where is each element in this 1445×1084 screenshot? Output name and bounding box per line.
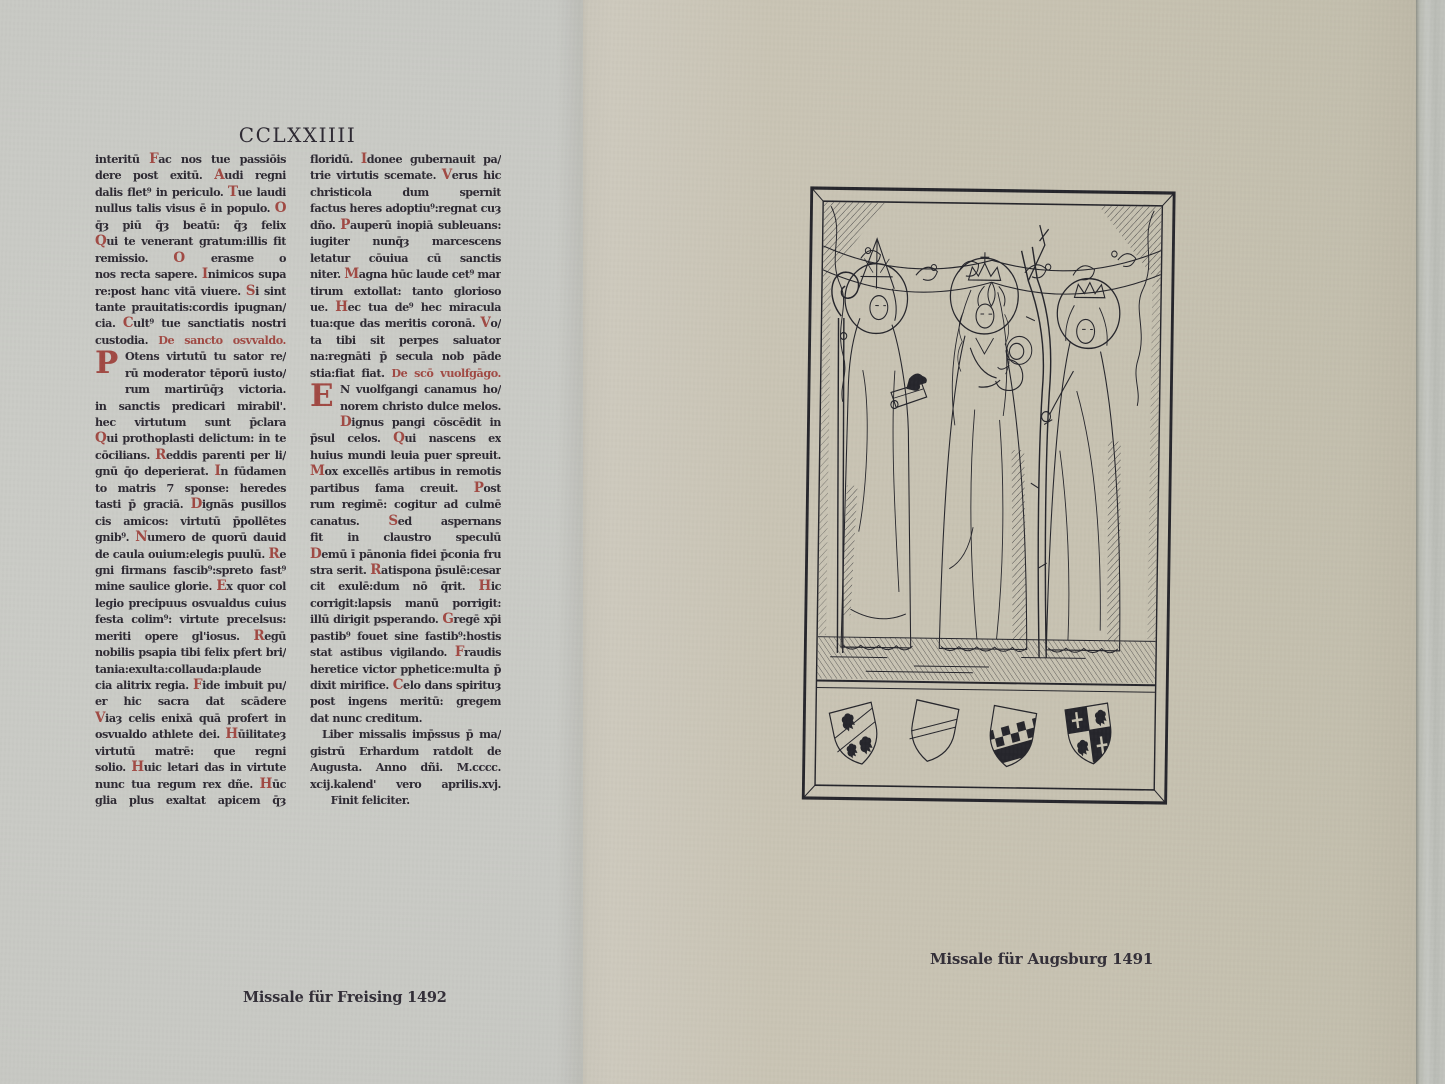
text-line: nunc tua regum rex dñe. Hūc an xyxy=(95,776,286,792)
text-line: in sanctis predicari mirabil'. Tua xyxy=(95,398,286,414)
text-line: remissio. O erasme o preclare:fac xyxy=(95,250,286,266)
text-line: xcij.kalend' vero aprilis.xvj. xyxy=(310,776,501,792)
text-line: fit in claustro speculū monachat⁹. xyxy=(310,529,501,545)
text-line: corrigit:lapsis manū porrigit: de⁹ xyxy=(310,595,501,611)
text-line: cis amicos: virtutū p̄pollētes insi/ xyxy=(95,513,286,529)
text-line: tania:exulta:collauda:plaude sco/ xyxy=(95,661,286,677)
text-line: solio. Huic letari das in virtute xyxy=(95,759,286,775)
book-fore-edge xyxy=(1416,0,1445,1084)
drop-cap-letter: E xyxy=(310,381,336,414)
text-line: canatus. Sed aspernans seculum xyxy=(310,513,501,529)
folio-number: CCLXXIIII xyxy=(95,123,500,147)
text-line: letatur cōuiua cū sanctis perhen/ xyxy=(310,250,501,266)
text-line: glia plus exaltat apicem q̄ȝ mundi xyxy=(95,792,286,808)
text-line: rum regimē: cogitur ad culmē de/ xyxy=(310,496,501,512)
text-line: ta tibi sit perpes saluator interni/ xyxy=(310,332,501,348)
text-line: to matris 7 sponse: heredes adop/ xyxy=(95,480,286,496)
text-line: ue. Hec tua de⁹ hec miracula sūt xyxy=(310,299,501,315)
text-line: dat nunc creditum. xyxy=(310,710,501,726)
text-line: stat astibus vigilando. Fraudis xyxy=(310,644,501,660)
text-line: norem christo dulce melos. xyxy=(340,398,501,414)
shield-plain-bend xyxy=(906,700,959,766)
text-line: Augusta. Anno dñi. M.cccc. xyxy=(310,759,501,775)
text-line: virtutū matrē: que regni proxima xyxy=(95,743,286,759)
text-line: partibus fama creuit. Post scola/ xyxy=(310,480,501,496)
text-line: Finit feliciter. xyxy=(310,792,501,808)
text-line: dño. Pauperū inopiā subleuans: xyxy=(310,217,501,233)
text-line: nullus talis visus ē in populo. O xyxy=(95,200,286,216)
text-line: huius mundi leuia puer spreuit. xyxy=(310,447,501,463)
shield-bend-with-beasts xyxy=(829,702,882,769)
text-line: factus heres adoptiu⁹:regnat cuȝ xyxy=(310,200,501,216)
text-line: N vuolfgangi canamus ho/ xyxy=(340,381,501,397)
right-page: Missale für Augsburg 1491 xyxy=(583,0,1418,1084)
drop-cap-block: EN vuolfgangi canamus ho/norem christo d… xyxy=(310,381,501,414)
text-line: cia. Cult⁹ tue sanctiatis nostri fit xyxy=(95,315,286,331)
text-line: iugiter nunq̄ȝ marcescens dextera xyxy=(310,233,501,249)
text-line: nobilis psapia tibi felix pfert bri/ xyxy=(95,644,286,660)
bishop-figure xyxy=(827,238,929,654)
text-line: interitū Fac nos tue passiōis gau xyxy=(95,151,286,167)
text-line: er hic sacra dat scādere pedagog⁹. xyxy=(95,693,286,709)
text-line: cia alitrix regia. Fide imbuit pu/ xyxy=(95,677,286,693)
ground-strip xyxy=(817,637,1155,684)
text-line: legio precipuus osvualdus cuius xyxy=(95,595,286,611)
text-line: meriti opere gl'iosus. Regū hunc xyxy=(95,628,286,644)
text-line: dalis flet⁹ in periculo. Tue laudi xyxy=(95,184,286,200)
drop-cap-letter: P xyxy=(95,348,121,381)
drop-cap-block: POtens virtutū tu sator re/rū moderator … xyxy=(95,348,286,381)
text-line: Mox excellēs artibus in remotis xyxy=(310,463,501,479)
text-line: hec virtutum sunt p̄clara insignia. xyxy=(95,414,286,430)
text-column-1: interitū Fac nos tue passiōis gaudere po… xyxy=(95,151,286,809)
text-line: dixit mirifice. Celo dans spirituȝ xyxy=(310,677,501,693)
text-line: rum martirūq̄ȝ victoria. Qui tuis xyxy=(125,381,286,397)
text-line: q̄ȝ piū q̄ȝ beatū: q̄ȝ felix promissio. xyxy=(95,217,286,233)
virgin-and-child-figure xyxy=(939,252,1033,652)
text-column-2: floridū. Idonee gubernauit pa/trie virtu… xyxy=(310,151,501,809)
heraldic-shields xyxy=(829,699,1116,779)
text-line: cit exulē:dum nō q̄rit. Hic errata xyxy=(310,578,501,594)
text-line: de caula ouium:elegis puulū. Re xyxy=(95,546,286,562)
text-line: Dignus pangi cōscēdit in die isto xyxy=(340,414,501,430)
text-line: Viaȝ celis enixā quā profert in se xyxy=(95,710,286,726)
text-line: na:regnāti p̄ secula nob pāde cele/ xyxy=(310,348,501,364)
text-line: tante prauitatis:cordis ipugnan/ xyxy=(95,299,286,315)
text-line: Demū ī pānonia fidei p̄conia fru xyxy=(310,546,501,562)
text-line: christicola dum spernit terrea:celi xyxy=(310,184,501,200)
text-line: rū moderator tēporū iusto/ xyxy=(125,365,286,381)
text-line: osvualdo athlete dei. Hūilitateȝ xyxy=(95,726,286,742)
text-line: floridū. Idonee gubernauit pa/ xyxy=(310,151,501,167)
text-line: festa colim⁹: virtute precelsus: fide xyxy=(95,611,286,627)
text-line: dere post exitū. Audi regni conso xyxy=(95,167,286,183)
text-line: nos recta sapere. Inimicos supa xyxy=(95,266,286,282)
text-line: gni firmans fascib⁹:spreto fast⁹ cul xyxy=(95,562,286,578)
text-line: tasti p̄ graciā. Dignās pusillos fa/ xyxy=(95,496,286,512)
text-line: illū dirigit psperando. Gregē xp̄i xyxy=(310,611,501,627)
text-line: post ingens meritū: gregem defen xyxy=(310,693,501,709)
woodcut-svg xyxy=(801,186,1176,805)
text-line: niter. Magna hūc laude cet⁹ mar xyxy=(310,266,501,282)
text-line: Liber missalis imp̄ssus p̄ ma/ xyxy=(310,726,501,742)
text-line: heretice victor pphetice:multa p̄ xyxy=(310,661,501,677)
text-line: cōcilians. Reddis parenti per li/ xyxy=(95,447,286,463)
book-photo: CCLXXIIII interitū Fac nos tue passiōis … xyxy=(0,0,1445,1084)
text-line: stia:fiat fiat. De scō vuolfgāgo. xyxy=(310,365,501,381)
text-line: Qui prothoplasti delictum: in te xyxy=(95,430,286,446)
text-line: tua:que das meritis coronā. Vo/ xyxy=(310,315,501,331)
text-line: tirum extollat: tanto glorioso cōci xyxy=(310,283,501,299)
text-line: p̄sul celos. Qui nascens ex sueuia xyxy=(310,430,501,446)
left-page: CCLXXIIII interitū Fac nos tue passiōis … xyxy=(0,0,583,1084)
text-line: Qui te venerant gratum:illis fit xyxy=(95,233,286,249)
shield-checky-bend xyxy=(976,704,1053,778)
text-line: custodia. De sancto osvvaldo. xyxy=(95,332,286,348)
right-plate-caption: Missale für Augsburg 1491 xyxy=(930,950,1153,968)
text-line: stra serit. Ratispona p̄sulē:cesar fa xyxy=(310,562,501,578)
woodcut-illustration xyxy=(801,186,1176,805)
left-plate-caption: Missale für Freising 1492 xyxy=(243,989,447,1006)
text-line: re:post hanc vitā viuere. Si sint xyxy=(95,283,286,299)
text-line: gnū q̄o deperierat. In fūdamen xyxy=(95,463,286,479)
text-line: Otens virtutū tu sator re/ xyxy=(125,348,286,364)
text-line: pastib⁹ fouet sine fastib⁹:hostis ob xyxy=(310,628,501,644)
text-line: gistrū Erhardum ratdolt de xyxy=(310,743,501,759)
text-line: trie virtutis scemate. Verus hic xyxy=(310,167,501,183)
text-line: mine saulice glorie. Ex quor col xyxy=(95,578,286,594)
text-line: gnib⁹. Numero de quorū dauid xyxy=(95,529,286,545)
shield-quarterly-crosses-lions xyxy=(1065,703,1115,769)
